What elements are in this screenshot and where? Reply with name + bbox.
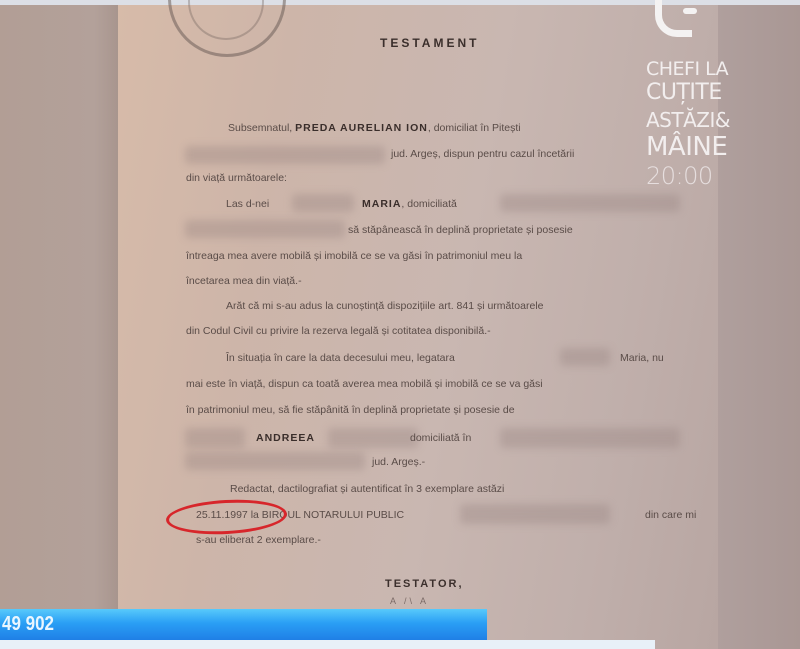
document-line: să stăpânească în deplină proprietate și… [348, 224, 573, 236]
document-line: din viață următoarele: [186, 172, 287, 184]
line-text: mai este în viață, dispun ca toată avere… [186, 378, 543, 390]
promo-line-1: CHEFI LA [646, 58, 728, 80]
redacted-block [185, 146, 385, 164]
redacted-block [560, 348, 610, 366]
document-line: Subsemnatul, PREDA AURELIAN ION, domicil… [228, 122, 521, 134]
line-text: din care mi [645, 509, 696, 521]
promo-time: 20:00 [646, 162, 713, 190]
redacted-block [500, 428, 680, 448]
ticker-bottom-strip [0, 640, 655, 649]
promo-line-2: CUȚITE [646, 80, 722, 105]
document-line: În situația în care la data decesului me… [226, 352, 455, 364]
redacted-block [185, 428, 245, 448]
line-text: Maria, nu [620, 352, 664, 364]
redacted-block [328, 428, 418, 448]
document-line: jud. Argeș.- [372, 456, 425, 468]
testator-name: PREDA AURELIAN ION [295, 122, 428, 134]
redacted-block [292, 194, 354, 212]
line-text: s-au eliberat 2 exemplare.- [196, 534, 321, 546]
document-line: ANDREEA [256, 432, 315, 444]
ticker-number: 49 902 [2, 613, 54, 636]
line-text: din Codul Civil cu privire la rezerva le… [186, 325, 491, 337]
background-left [0, 5, 118, 649]
document-title: TESTAMENT [380, 36, 479, 50]
document-line: Arăt că mi s-au adus la cunoștință dispo… [226, 300, 544, 312]
redacted-block [460, 504, 610, 524]
document-line: încetarea mea din viață.- [186, 275, 302, 287]
line-text: În situația în care la data decesului me… [226, 352, 455, 364]
line-text: domiciliată în [410, 432, 471, 444]
testator-label: TESTATOR, [385, 578, 464, 590]
line-text: din viață următoarele: [186, 172, 287, 184]
line-text: Las d-nei [226, 198, 269, 210]
line-text: Arăt că mi s-au adus la cunoștință dispo… [226, 300, 544, 312]
line-text: jud. Argeș.- [372, 456, 425, 468]
document-line: Redactat, dactilografiat și autentificat… [230, 483, 504, 495]
document-line: din Codul Civil cu privire la rezerva le… [186, 325, 491, 337]
line-text: , domiciliat în Pitești [428, 122, 521, 134]
document-line: Las d-nei [226, 198, 269, 210]
legatee-name: MARIA [362, 198, 401, 210]
line-text: întreaga mea avere mobilă și imobilă ce … [186, 250, 522, 262]
line-text: să stăpânească în deplină proprietate și… [348, 224, 573, 236]
promo-line-3: ASTĂZI& [646, 108, 730, 132]
signature: A /\ A [390, 596, 429, 606]
document-line: Maria, nu [620, 352, 664, 364]
line-text: Subsemnatul, [228, 122, 295, 134]
document-line: jud. Argeș, dispun pentru cazul încetări… [391, 148, 574, 160]
document-line: întreaga mea avere mobilă și imobilă ce … [186, 250, 522, 262]
document-line: MARIA, domiciliată [362, 198, 457, 210]
line-text: , domiciliată [401, 198, 456, 210]
line-text: în patrimoniul meu, să fie stăpânită în … [186, 404, 515, 416]
line-text: Redactat, dactilografiat și autentificat… [230, 483, 504, 495]
document-line: s-au eliberat 2 exemplare.- [196, 534, 321, 546]
document-line: din care mi [645, 509, 696, 521]
document-line: în patrimoniul meu, să fie stăpânită în … [186, 404, 515, 416]
news-ticker-bar [0, 609, 487, 640]
document-line: mai este în viață, dispun ca toată avere… [186, 378, 543, 390]
line-text: încetarea mea din viață.- [186, 275, 302, 287]
channel-logo-dot-icon [683, 8, 697, 14]
promo-line-4: MÂINE [646, 132, 727, 162]
line-text: jud. Argeș, dispun pentru cazul încetări… [391, 148, 574, 160]
redacted-block [185, 452, 365, 470]
secondary-legatee-name: ANDREEA [256, 432, 315, 444]
redacted-block [185, 220, 345, 238]
redacted-block [500, 194, 680, 212]
document-line: domiciliată în [410, 432, 471, 444]
